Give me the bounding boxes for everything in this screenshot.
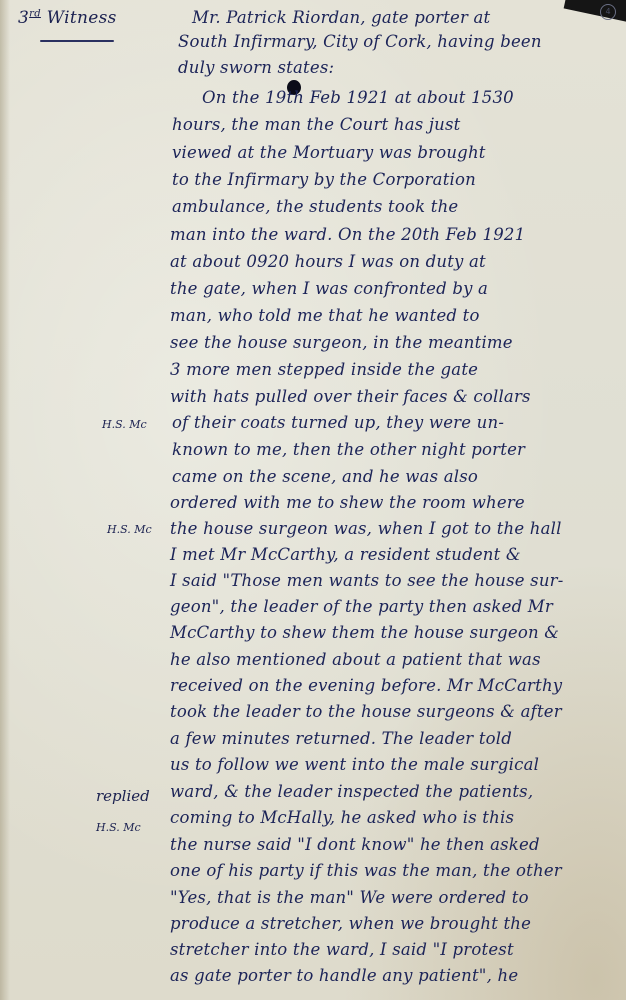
statement-line: the house surgeon was, when I got to the…: [170, 519, 562, 538]
statement-line: geon", the leader of the party then aske…: [170, 597, 553, 616]
margin-note-replied: replied: [96, 787, 150, 805]
statement-line: ward, & the leader inspected the patient…: [170, 782, 533, 801]
statement-line: a few minutes returned. The leader told: [170, 729, 512, 748]
statement-line: received on the evening before. Mr McCar…: [170, 676, 562, 695]
statement-line: ambulance, the students took the: [172, 197, 458, 216]
statement-line: man into the ward. On the 20th Feb 1921: [170, 225, 525, 244]
heading-underline: [40, 40, 114, 42]
statement-line: known to me, then the other night porter: [172, 440, 525, 459]
statement-line: us to follow we went into the male surgi…: [170, 755, 539, 774]
statement-line: ordered with me to shew the room where: [170, 493, 525, 512]
statement-line: I said "Those men wants to see the house…: [170, 571, 564, 590]
witness-ordinal-suffix: rd: [29, 8, 41, 19]
statement-line: at about 0920 hours I was on duty at: [170, 252, 486, 271]
document-page: 4 3rd Witness H.S. McH.S. McrepliedH.S. …: [0, 0, 626, 1000]
statement-line: stretcher into the ward, I said "I prote…: [170, 940, 514, 959]
statement-line: duly sworn states:: [178, 58, 334, 77]
margin-heading: 3rd Witness: [18, 8, 117, 28]
statement-line: with hats pulled over their faces & coll…: [170, 387, 531, 406]
paper-left-edge: [0, 0, 10, 1000]
statement-line: of their coats turned up, they were un-: [172, 413, 504, 432]
statement-line: the gate, when I was confronted by a: [170, 279, 488, 298]
statement-line: coming to McHally, he asked who is this: [170, 808, 514, 827]
statement-line: one of his party if this was the man, th…: [170, 861, 562, 880]
statement-line: to the Infirmary by the Corporation: [172, 170, 476, 189]
margin-initials: H.S. Mc: [102, 418, 147, 431]
margin-initials: H.S. Mc: [107, 523, 152, 536]
margin-initials: H.S. Mc: [96, 821, 141, 834]
statement-line: 3 more men stepped inside the gate: [170, 360, 478, 379]
statement-line: South Infirmary, City of Cork, having be…: [178, 32, 542, 51]
statement-line: as gate porter to handle any patient", h…: [170, 966, 518, 985]
statement-line: came on the scene, and he was also: [172, 467, 478, 486]
statement-line: he also mentioned about a patient that w…: [170, 650, 541, 669]
statement-line: I met Mr McCarthy, a resident student &: [170, 545, 521, 564]
statement-line: On the 19th Feb 1921 at about 1530: [202, 88, 514, 107]
witness-label: Witness: [47, 8, 117, 28]
statement-line: see the house surgeon, in the meantime: [170, 333, 513, 352]
statement-line: Mr. Patrick Riordan, gate porter at: [192, 8, 490, 27]
statement-line: produce a stretcher, when we brought the: [170, 914, 531, 933]
witness-ordinal-number: 3: [18, 8, 29, 28]
page-number: 4: [600, 4, 616, 20]
statement-line: took the leader to the house surgeons & …: [170, 702, 562, 721]
statement-line: the nurse said "I dont know" he then ask…: [170, 835, 540, 854]
statement-line: viewed at the Mortuary was brought: [172, 143, 486, 162]
statement-line: hours, the man the Court has just: [172, 115, 461, 134]
statement-line: man, who told me that he wanted to: [170, 306, 480, 325]
statement-line: McCarthy to shew them the house surgeon …: [170, 623, 559, 642]
scan-corner-shadow: [564, 0, 626, 23]
statement-line: "Yes, that is the man" We were ordered t…: [170, 888, 529, 907]
